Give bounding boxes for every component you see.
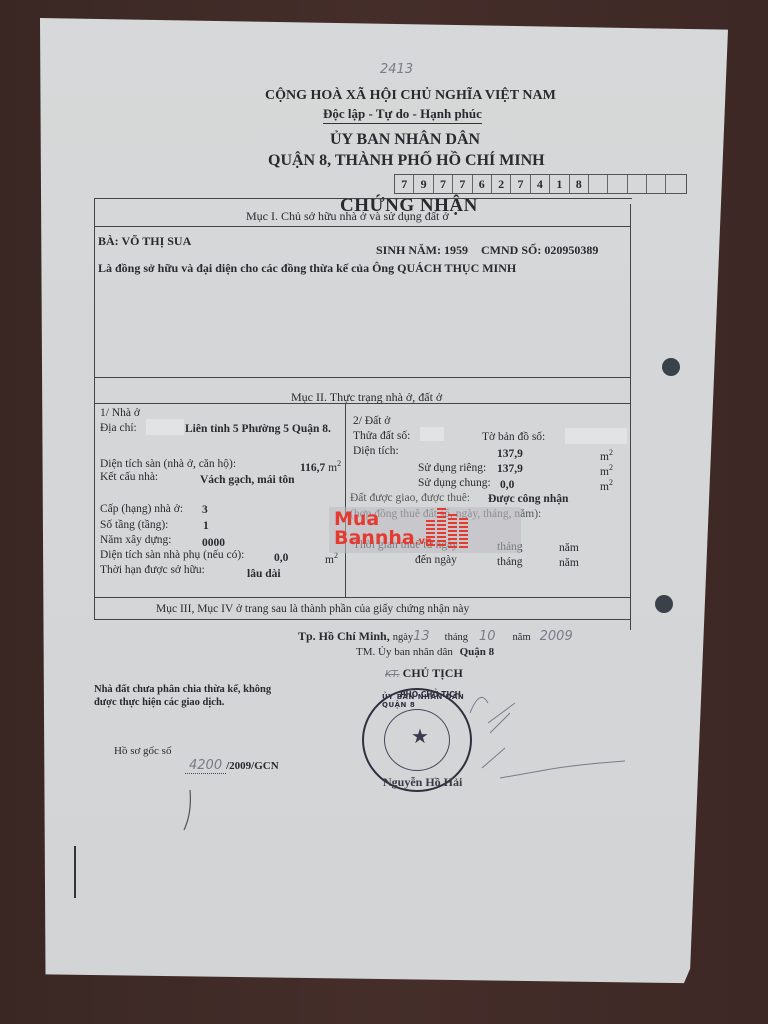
owner-birth-year: SINH NĂM: 1959 bbox=[376, 243, 468, 258]
house-label: 1/ Nhà ở bbox=[100, 407, 140, 419]
chairman-title: KT. CHỦ TỊCH bbox=[385, 666, 463, 681]
serial-digit: 7 bbox=[434, 175, 453, 193]
lease-from-year: năm bbox=[559, 542, 579, 554]
lease-to-year: năm bbox=[559, 557, 579, 569]
section1-heading: Mục I. Chủ sở hữu nhà ở và sử dụng đất ở bbox=[246, 209, 449, 224]
table-border-top bbox=[94, 198, 632, 199]
issuer-line2: QUẬN 8, THÀNH PHỐ HỒ CHÍ MINH bbox=[268, 152, 545, 170]
private-use-unit: m2 bbox=[600, 463, 613, 478]
serial-digit: 7 bbox=[395, 175, 414, 193]
serial-digit: 8 bbox=[570, 175, 589, 193]
private-use-value: 137,9 bbox=[497, 463, 523, 475]
serial-digit: 9 bbox=[414, 175, 433, 193]
watermark-line1: Mua bbox=[334, 510, 379, 528]
owner-id-number: CMND SỐ: 020950389 bbox=[481, 243, 598, 258]
watermark-line2: Bannha.vn bbox=[334, 529, 432, 551]
ownership-term-value: lâu dài bbox=[247, 568, 281, 580]
address-value: Liên tỉnh 5 Phường 5 Quận 8. bbox=[185, 423, 331, 435]
handwritten-number: 2413 bbox=[380, 62, 413, 77]
ownership-term-label: Thời hạn được sở hữu: bbox=[100, 564, 205, 576]
issuer-line1: ỦY BAN NHÂN DÂN bbox=[330, 131, 480, 149]
serial-digit bbox=[628, 175, 647, 193]
land-area-unit: m2 bbox=[600, 448, 613, 463]
restriction-note-line1: Nhà đất chưa phân chia thừa kế, không bbox=[94, 684, 271, 695]
year-built-value: 0000 bbox=[202, 537, 225, 549]
grade-value: 3 bbox=[202, 504, 208, 516]
original-file-number: 4200/2009/GCN bbox=[185, 758, 279, 773]
structure-label: Kết cấu nhà: bbox=[100, 471, 158, 483]
redacted-map-sheet-number bbox=[565, 428, 627, 444]
floors-label: Số tầng (tầng): bbox=[100, 519, 168, 531]
nation-title: CỘNG HOÀ XÃ HỘI CHỦ NGHĨA VIỆT NAM bbox=[265, 88, 556, 104]
serial-digit: 1 bbox=[550, 175, 569, 193]
redacted-parcel-number bbox=[420, 427, 444, 441]
aux-area-unit: m2 bbox=[325, 551, 338, 566]
serial-digit: 2 bbox=[492, 175, 511, 193]
table-divider bbox=[94, 597, 631, 598]
serial-digit bbox=[589, 175, 608, 193]
serial-digit: 4 bbox=[531, 175, 550, 193]
table-border-left bbox=[94, 198, 95, 620]
certificate-paper: 2413 CỘNG HOÀ XÃ HỘI CHỦ NGHĨA VIỆT NAM … bbox=[40, 18, 728, 988]
land-area-label: Diện tích: bbox=[353, 445, 399, 457]
margin-mark bbox=[74, 846, 76, 898]
signer-name: Nguyễn Hồ Hải bbox=[383, 775, 462, 790]
table-border-right bbox=[630, 204, 631, 630]
land-label: 2/ Đất ở bbox=[353, 415, 390, 427]
serial-digit: 7 bbox=[511, 175, 530, 193]
restriction-note-line2: được thực hiện các giao dịch. bbox=[94, 697, 224, 708]
on-behalf-line: TM. Ủy ban nhân dân Quận 8 bbox=[356, 646, 494, 658]
signature-date-line: Tp. Hồ Chí Minh, ngày13 tháng 10 năm 200… bbox=[298, 629, 573, 644]
address-label: Địa chỉ: bbox=[100, 422, 137, 434]
floors-value: 1 bbox=[203, 520, 209, 532]
table-border-bottom bbox=[94, 619, 631, 620]
table-column-divider bbox=[345, 404, 346, 597]
serial-number-boxes: 7 9 7 7 6 2 7 4 1 8 bbox=[394, 174, 687, 194]
map-sheet-label: Tờ bản đồ số: bbox=[482, 431, 545, 443]
floor-area-label: Diện tích sàn (nhà ở, căn hộ): bbox=[100, 458, 236, 470]
serial-digit bbox=[647, 175, 666, 193]
punch-hole bbox=[655, 595, 673, 613]
owner-name: BÀ: VÕ THỊ SUA bbox=[98, 234, 191, 249]
land-area-value: 137,9 bbox=[497, 448, 523, 460]
ownership-description: Là đồng sở hữu và đại diện cho các đồng … bbox=[98, 261, 516, 276]
table-divider bbox=[94, 377, 631, 378]
section2-heading: Mục II. Thực trạng nhà ở, đất ở bbox=[291, 390, 442, 405]
serial-digit bbox=[666, 175, 685, 193]
watermark-buildings-icon bbox=[426, 508, 468, 548]
shared-use-value: 0,0 bbox=[500, 479, 514, 491]
original-file-label: Hồ sơ gốc số bbox=[114, 745, 171, 757]
serial-digit bbox=[608, 175, 627, 193]
parcel-label: Thửa đất số: bbox=[353, 430, 410, 442]
allocation-value: Được công nhận bbox=[488, 493, 568, 505]
serial-digit: 7 bbox=[453, 175, 472, 193]
serial-digit: 6 bbox=[473, 175, 492, 193]
table-divider bbox=[94, 226, 631, 227]
aux-area-label: Diện tích sàn nhà phụ (nếu có): bbox=[100, 549, 244, 561]
floor-area-value: 116,7 m2 bbox=[300, 459, 341, 474]
private-use-label: Sử dụng riêng: bbox=[418, 462, 486, 474]
aux-area-value: 0,0 bbox=[274, 552, 288, 564]
redacted-house-number bbox=[146, 419, 184, 435]
year-built-label: Năm xây dựng: bbox=[100, 534, 171, 546]
grade-label: Cấp (hạng) nhà ở: bbox=[100, 503, 183, 515]
lease-to-month: tháng bbox=[497, 556, 523, 568]
shared-use-unit: m2 bbox=[600, 478, 613, 493]
allocation-label: Đất được giao, được thuê: bbox=[350, 492, 470, 504]
pen-mark bbox=[180, 788, 200, 838]
structure-value: Vách gạch, mái tôn bbox=[200, 474, 295, 486]
section3-note: Mục III, Mục IV ở trang sau là thành phầ… bbox=[156, 603, 469, 615]
shared-use-label: Sử dụng chung: bbox=[418, 477, 491, 489]
lease-to-label: đến ngày bbox=[415, 554, 457, 566]
motto: Độc lập - Tự do - Hạnh phúc bbox=[323, 106, 482, 124]
punch-hole bbox=[662, 358, 680, 376]
